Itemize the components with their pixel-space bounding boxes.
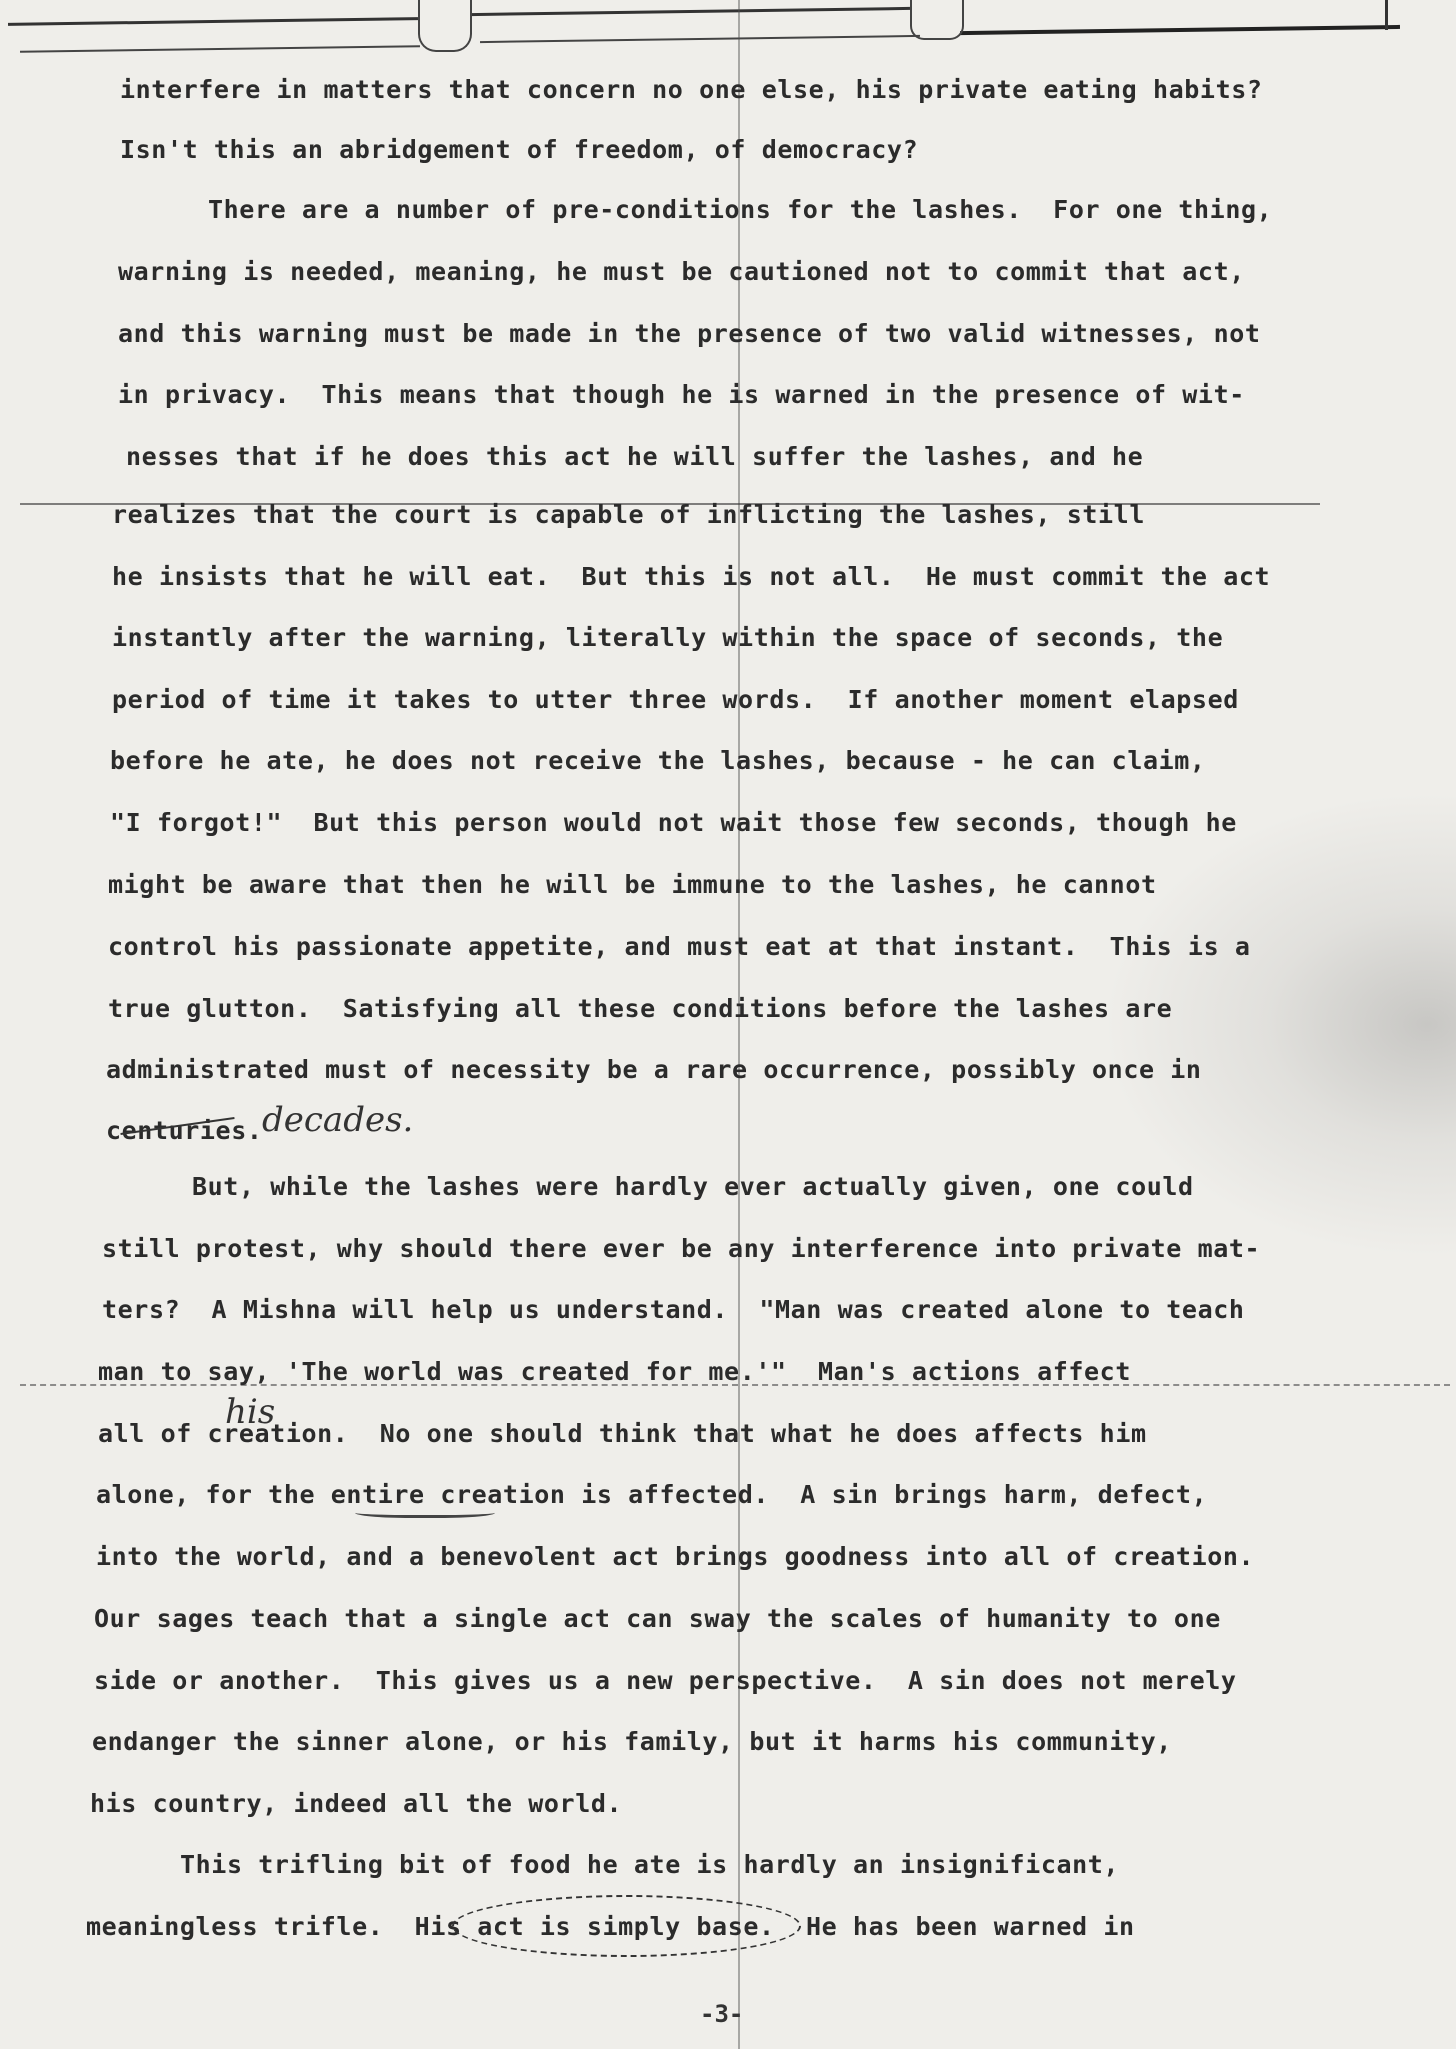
text-line: "I forgot!" But this person would not wa… <box>110 808 1237 837</box>
text-line: centuries. <box>106 1116 263 1145</box>
text-line: ters? A Mishna will help us understand. … <box>102 1295 1245 1324</box>
text-line: in privacy. This means that though he is… <box>118 380 1245 409</box>
text-line: into the world, and a benevolent act bri… <box>96 1542 1254 1571</box>
text-line: his country, indeed all the world. <box>90 1789 622 1818</box>
handwritten-underline <box>355 1505 495 1518</box>
text-line: nesses that if he does this act he will … <box>126 442 1143 471</box>
binder-edge-decoration <box>0 0 1456 60</box>
text-line: alone, for the entire creation is affect… <box>96 1480 1207 1509</box>
text-line: Our sages teach that a single act can sw… <box>94 1604 1221 1633</box>
text-line: But, while the lashes were hardly ever a… <box>192 1172 1194 1201</box>
text-line: before he ate, he does not receive the l… <box>110 746 1206 775</box>
text-line: might be aware that then he will be immu… <box>108 870 1157 899</box>
text-line: still protest, why should there ever be … <box>102 1234 1260 1263</box>
text-line: interfere in matters that concern no one… <box>120 75 1263 104</box>
text-line: This trifling bit of food he ate is hard… <box>180 1850 1119 1879</box>
scanned-document-page: interfere in matters that concern no one… <box>0 0 1456 2049</box>
text-line: man to say, 'The world was created for m… <box>98 1357 1131 1386</box>
handwritten-note: his <box>225 1392 275 1432</box>
text-line: Isn't this an abridgement of freedom, of… <box>120 135 918 164</box>
text-line: warning is needed, meaning, he must be c… <box>118 257 1245 286</box>
text-line: realizes that the court is capable of in… <box>112 500 1145 529</box>
text-line: true glutton. Satisfying all these condi… <box>108 994 1172 1023</box>
text-line: There are a number of pre-conditions for… <box>208 195 1272 224</box>
text-line: he insists that he will eat. But this is… <box>112 562 1270 591</box>
text-line: period of time it takes to utter three w… <box>112 685 1239 714</box>
text-line: and this warning must be made in the pre… <box>118 319 1261 348</box>
text-line: control his passionate appetite, and mus… <box>108 932 1251 961</box>
text-line: side or another. This gives us a new per… <box>94 1666 1237 1695</box>
text-line: instantly after the warning, literally w… <box>112 623 1223 652</box>
handwritten-circle <box>452 1895 801 1957</box>
text-line: endanger the sinner alone, or his family… <box>92 1727 1172 1756</box>
page-number: -3- <box>700 2000 743 2028</box>
handwritten-note: decades. <box>262 1100 413 1140</box>
text-line: administrated must of necessity be a rar… <box>106 1055 1202 1084</box>
